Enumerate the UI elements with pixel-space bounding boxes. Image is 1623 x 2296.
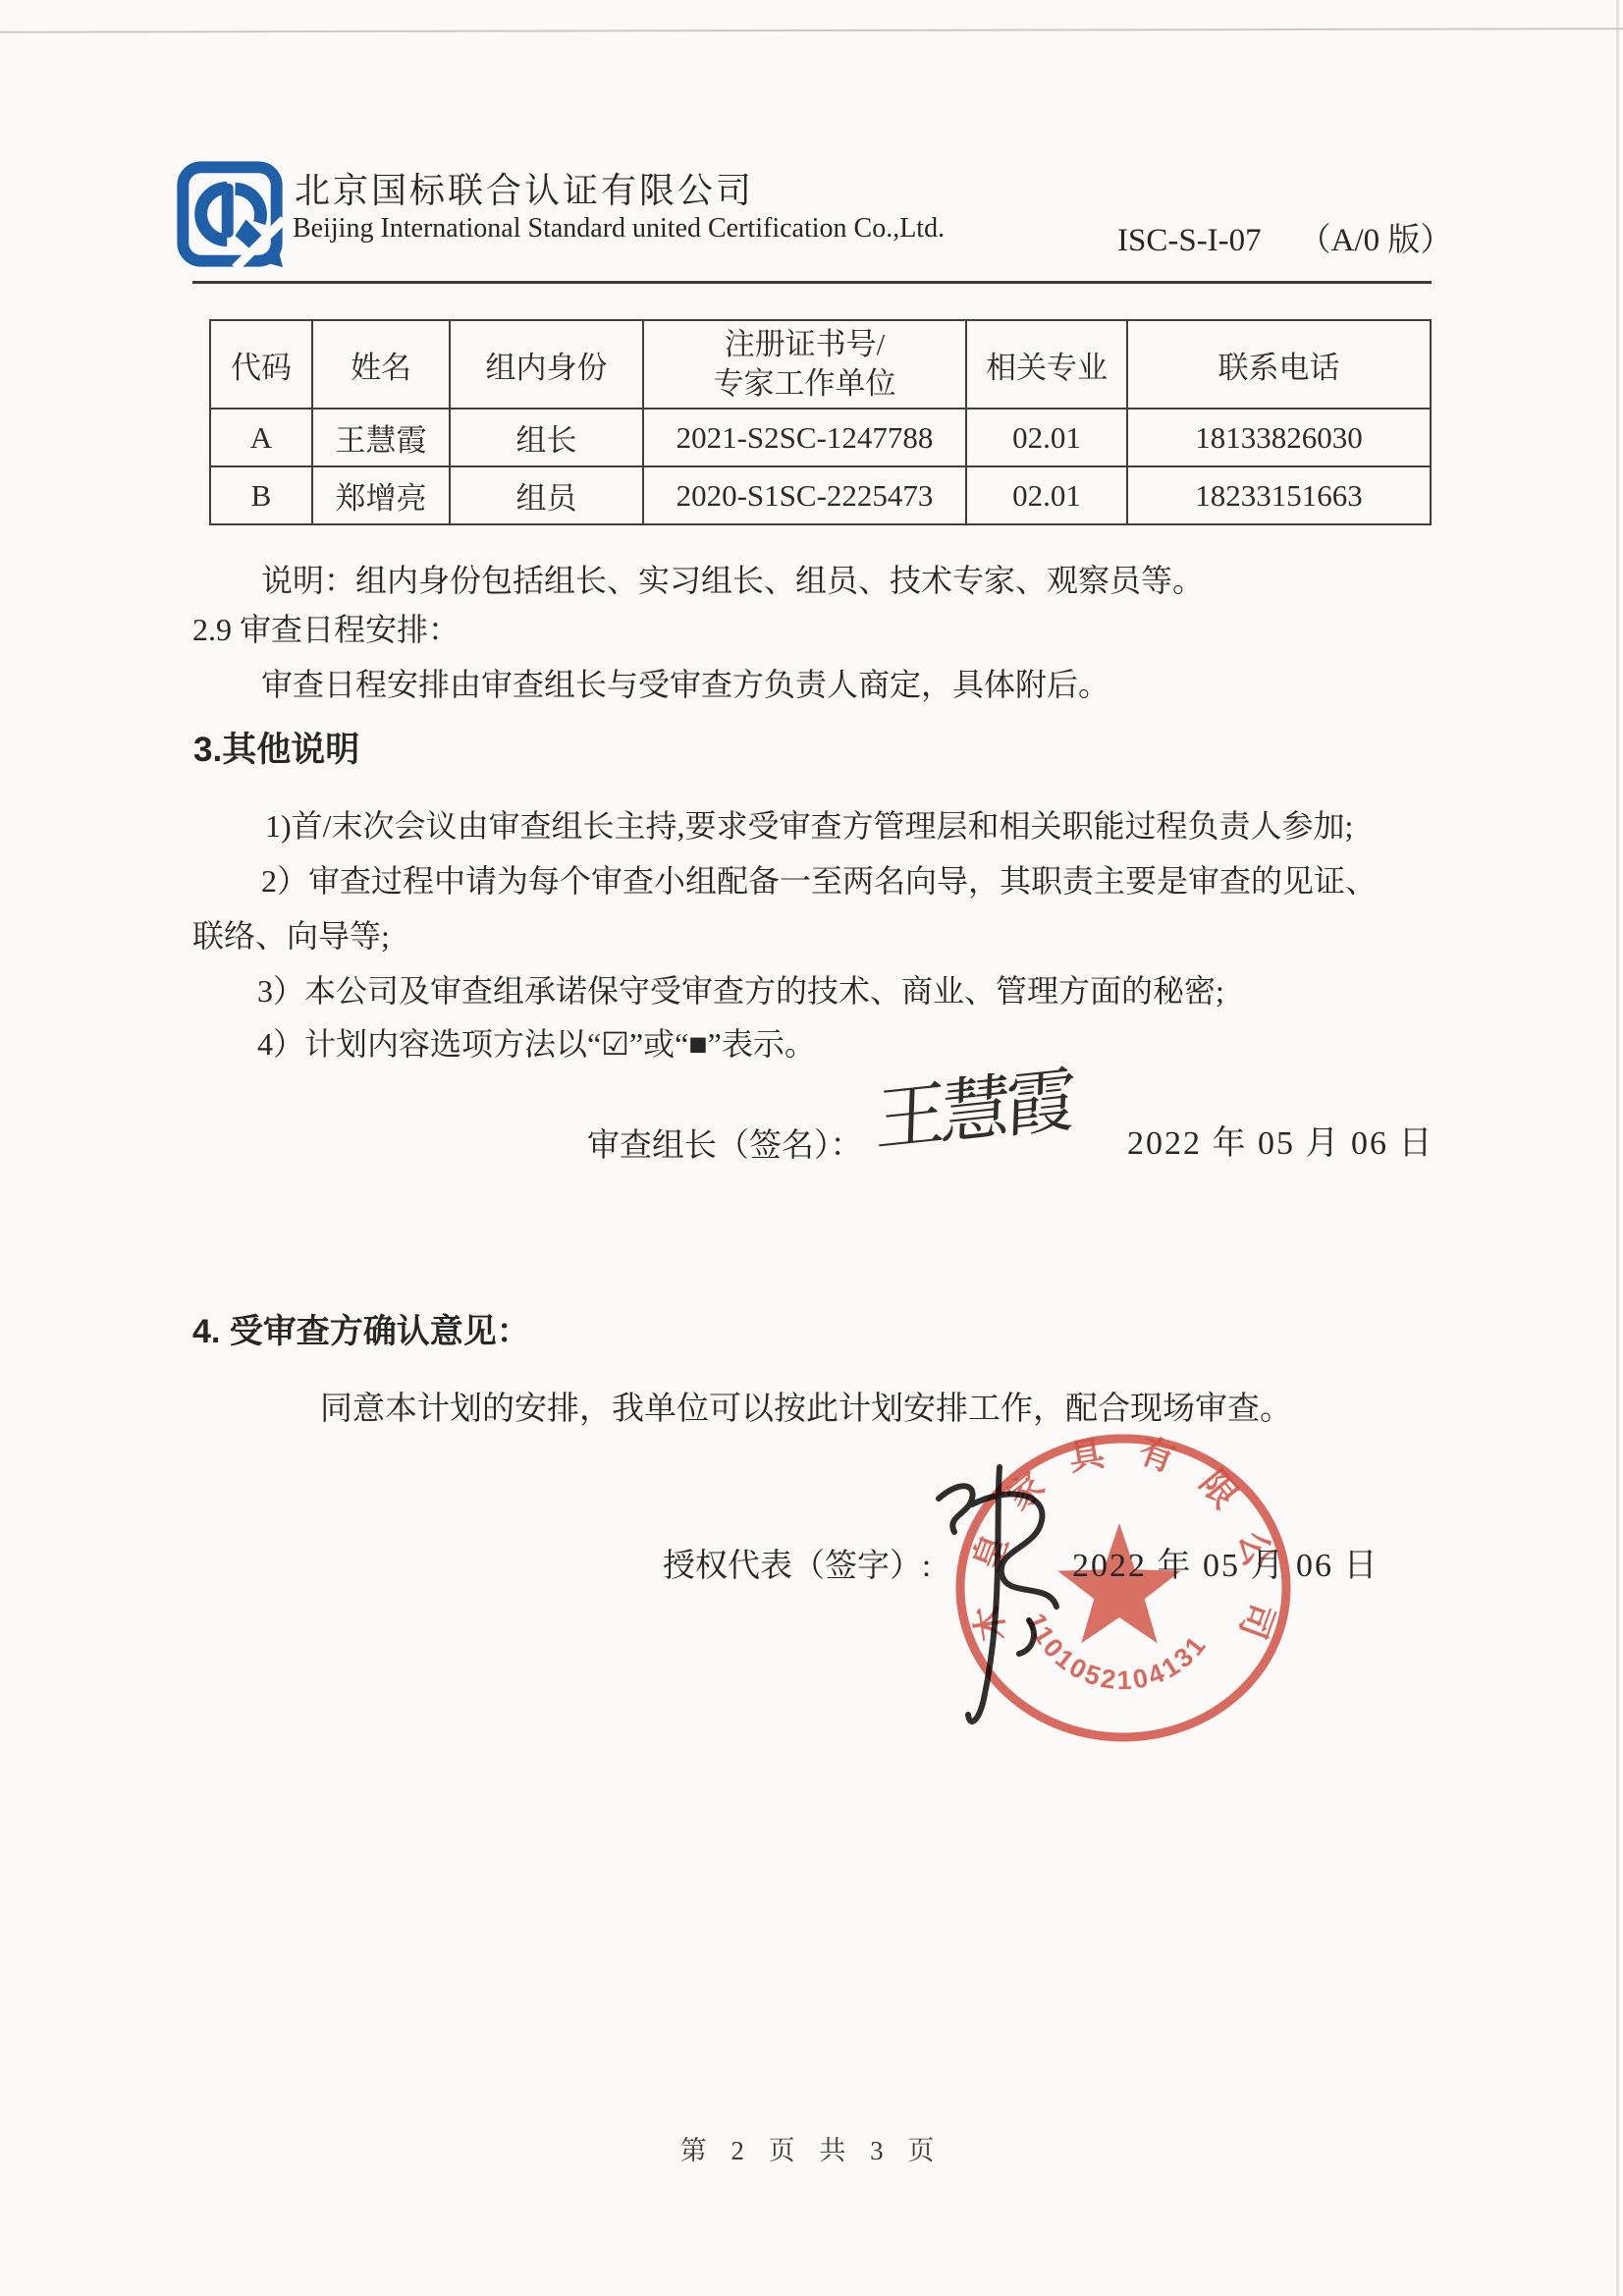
document-version: （A/0 版） [1299,223,1453,258]
section-3-item-3: 3）本公司及审查组承诺保守受审查方的技术、商业、管理方面的秘密; [257,966,1224,1011]
col-header-cert-line1: 注册证书号/ [644,325,965,364]
scan-edge-top [0,27,1623,32]
cell-role: 组员 [450,466,643,524]
company-name-cn: 北京国标联合认证有限公司 [295,163,754,213]
col-header-role: 组内身份 [450,320,643,409]
cell-name: 郑增亮 [312,466,450,524]
table-header-row: 代码 姓名 组内身份 注册证书号/ 专家工作单位 相关专业 联系电话 [210,320,1431,409]
document-code: ISC-S-I-07（A/0 版） [1117,214,1452,260]
scan-edge-right [1616,0,1619,2296]
col-header-code: 代码 [210,320,312,409]
col-header-major: 相关专业 [966,320,1127,409]
section-3-item-1: 1)首/末次会议由审查组长主持,要求受审查方管理层和相关职能过程负责人参加; [265,801,1353,847]
company-logo-icon [175,160,285,268]
document-code-value: ISC-S-I-07 [1117,223,1262,258]
cell-phone: 18133826030 [1127,409,1431,466]
cell-major: 02.01 [966,409,1127,466]
table-row: A 王慧霞 组长 2021-S2SC-1247788 02.01 1813382… [210,409,1431,466]
section-2-9-body: 审查日程安排由审查组长与受审查方负责人商定，具体附后。 [261,660,1109,705]
table-note: 说明：组内身份包括组长、实习组长、组员、技术专家、观察员等。 [261,556,1204,601]
cell-name: 王慧霞 [312,409,450,466]
audit-leader-signature-date: 2022 年 05 月 06 日 [1127,1116,1434,1164]
audit-leader-signature-label: 审查组长（签名）： [587,1120,863,1166]
scanned-document-page: 北京国标联合认证有限公司 Beijing International Stand… [0,0,1623,2296]
header-divider [192,281,1432,284]
cell-cert: 2021-S2SC-1247788 [643,409,966,466]
col-header-phone: 联系电话 [1127,320,1431,409]
section-2-9-title: 2.9 审查日程安排： [192,605,460,650]
cell-code: A [210,409,312,466]
page-number-footer: 第 2 页 共 3 页 [0,2129,1623,2167]
col-header-name: 姓名 [312,320,450,409]
cell-role: 组长 [450,409,643,466]
section-4-title: 4. 受审查方确认意见： [192,1304,530,1352]
cell-major: 02.01 [966,466,1127,524]
col-header-cert: 注册证书号/ 专家工作单位 [643,320,966,409]
section-3-item-2: 2）审查过程中请为每个审查小组配备一至两名向导，其职责主要是审查的见证、 [261,856,1377,902]
table-row: B 郑增亮 组员 2020-S1SC-2225473 02.01 1823315… [210,466,1431,524]
authorized-rep-handwritten-signature [913,1442,1129,1746]
authorized-rep-signature-label: 授权代表（签字）: [663,1540,931,1586]
section-4-body: 同意本计划的安排，我单位可以按此计划安排工作，配合现场审查。 [320,1383,1292,1429]
col-header-cert-line2: 专家工作单位 [644,364,965,404]
section-3-title: 3.其他说明 [193,723,359,772]
section-3-item-2-continued: 联络、向导等; [192,911,390,957]
cell-phone: 18233151663 [1127,466,1431,524]
audit-team-table: 代码 姓名 组内身份 注册证书号/ 专家工作单位 相关专业 联系电话 A 王慧霞… [209,319,1432,525]
cell-code: B [210,466,312,524]
audit-leader-handwritten-signature: 王慧霞 [875,1042,1072,1166]
section-3-item-4: 4）计划内容选项方法以“☑”或“■”表示。 [257,1019,816,1065]
cell-cert: 2020-S1SC-2225473 [643,466,966,524]
company-name-en: Beijing International Standard united Ce… [293,213,945,245]
